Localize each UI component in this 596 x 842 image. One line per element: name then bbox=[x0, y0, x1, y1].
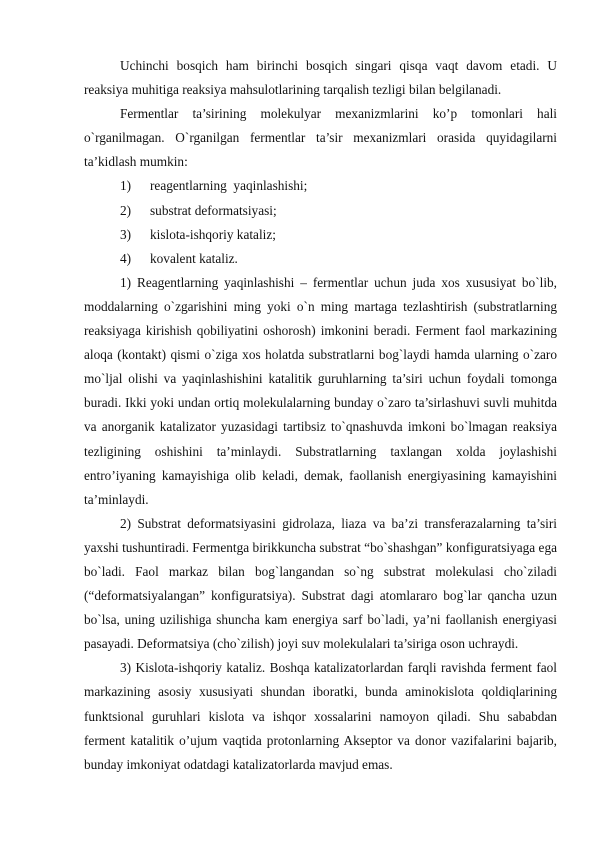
list-number: 3) bbox=[120, 223, 150, 247]
list-item: 2) substrat deformatsiyasi; bbox=[84, 199, 557, 223]
document-page: Uchinchi bosqich ham birinchi bosqich si… bbox=[84, 54, 557, 777]
list-text: substrat deformatsiyasi; bbox=[150, 199, 557, 223]
list-item: 3) kislota-ishqoriy kataliz; bbox=[84, 223, 557, 247]
list-number: 1) bbox=[120, 174, 150, 198]
list-text: kovalent kataliz. bbox=[150, 247, 557, 271]
paragraph-substrate-deformation: 2) Substrat deformatsiyasini gidrolaza, … bbox=[84, 512, 557, 657]
list-number: 2) bbox=[120, 199, 150, 223]
list-item: 1) reagentlarning yaqinlashishi; bbox=[84, 174, 557, 198]
list-text: kislota-ishqoriy kataliz; bbox=[150, 223, 557, 247]
paragraph-reagent-approach: 1) Reagentlarning yaqinlashishi – fermen… bbox=[84, 271, 557, 512]
paragraph-stage-three: Uchinchi bosqich ham birinchi bosqich si… bbox=[84, 54, 557, 102]
paragraph-acid-base-catalysis: 3) Kislota-ishqoriy kataliz. Boshqa kata… bbox=[84, 656, 557, 776]
list-number: 4) bbox=[120, 247, 150, 271]
mechanisms-list: 1) reagentlarning yaqinlashishi; 2) subs… bbox=[84, 174, 557, 270]
list-item: 4) kovalent kataliz. bbox=[84, 247, 557, 271]
list-text: reagentlarning yaqinlashishi; bbox=[150, 174, 557, 198]
paragraph-mechanisms-intro: Fermentlar ta’sirining molekulyar mexani… bbox=[84, 102, 557, 174]
